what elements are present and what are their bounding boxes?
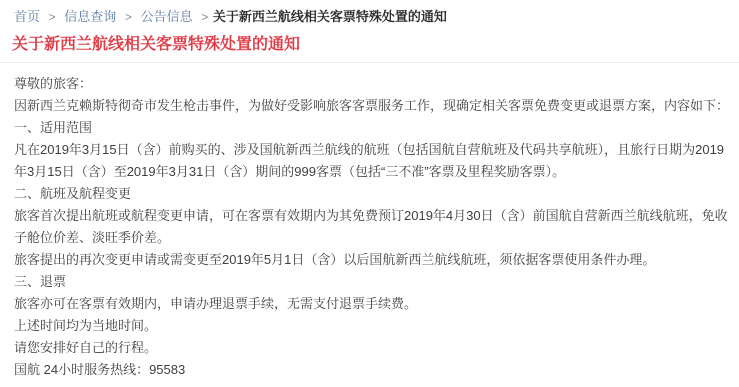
note-arrange-trip: 请您安排好自己的行程。 (14, 337, 731, 359)
service-hotline: 国航 24小时服务热线：95583 (14, 359, 731, 381)
breadcrumb-link-info-query[interactable]: 信息查询 (64, 9, 116, 24)
article-intro: 因新西兰克赖斯特彻奇市发生枪击事件，为做好受影响旅客客票服务工作，现确定相关客票… (14, 95, 731, 117)
breadcrumb-separator: > (49, 10, 56, 24)
title-divider (0, 62, 739, 63)
section-change-text-second: 旅客提出的再次变更申请或需变更至2019年5月1日（含）以后国航新西兰航线航班，… (14, 249, 731, 271)
notice-page: 首页 > 信息查询 > 公告信息 > 关于新西兰航线相关客票特殊处置的通知 关于… (0, 0, 739, 387)
note-local-time: 上述时间均为当地时间。 (14, 315, 731, 337)
section-scope-text: 凡在2019年3月15日（含）前购买的、涉及国航新西兰航线的航班（包括国航自营航… (14, 139, 731, 183)
breadcrumb-link-announcements[interactable]: 公告信息 (141, 9, 193, 24)
breadcrumb-separator: > (125, 10, 132, 24)
section-heading-refund: 三、退票 (14, 271, 731, 293)
breadcrumb-separator: > (201, 10, 208, 24)
breadcrumb: 首页 > 信息查询 > 公告信息 > 关于新西兰航线相关客票特殊处置的通知 (14, 8, 731, 26)
breadcrumb-link-home[interactable]: 首页 (14, 9, 40, 24)
section-refund-text: 旅客亦可在客票有效期内，申请办理退票手续，无需支付退票手续费。 (14, 293, 731, 315)
section-change-text-first: 旅客首次提出航班或航程变更申请，可在客票有效期内为其免费预订2019年4月30日… (14, 205, 731, 249)
article-greeting: 尊敬的旅客： (14, 73, 731, 95)
article-body: 尊敬的旅客： 因新西兰克赖斯特彻奇市发生枪击事件，为做好受影响旅客客票服务工作，… (14, 73, 731, 381)
page-title: 关于新西兰航线相关客票特殊处置的通知 (12, 35, 731, 55)
section-heading-scope: 一、适用范围 (14, 117, 731, 139)
breadcrumb-current: 关于新西兰航线相关客票特殊处置的通知 (213, 9, 447, 24)
section-heading-change: 二、航班及航程变更 (14, 183, 731, 205)
